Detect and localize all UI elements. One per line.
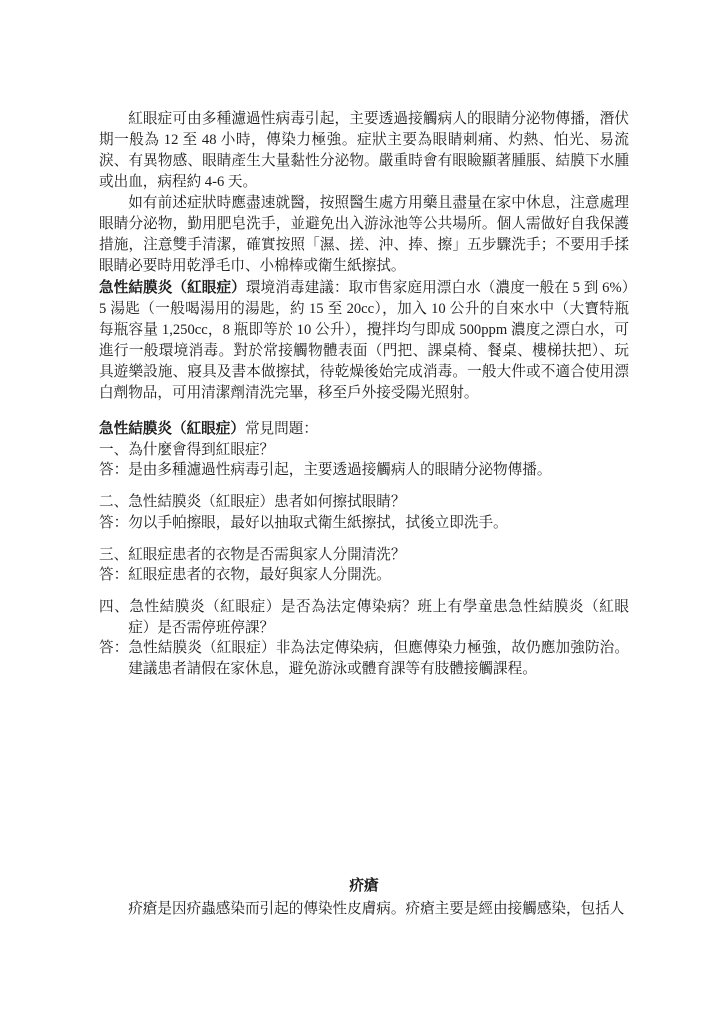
faq-question: 一、為什麼會得到紅眼症？ bbox=[99, 440, 629, 461]
scabies-title: 疥瘡 bbox=[99, 876, 629, 897]
faq-answer: 答：是由多種濾過性病毒引起，主要透過接觸病人的眼睛分泌物傳播。 bbox=[99, 460, 629, 481]
faq-header-bold: 急性結膜炎（紅眼症） bbox=[99, 421, 245, 437]
faq-header-rest: 常見問題： bbox=[245, 421, 318, 437]
faq-question: 三、紅眼症患者的衣物是否需與家人分開清洗？ bbox=[99, 545, 629, 566]
faq-question: 二、急性結膜炎（紅眼症）患者如何擦拭眼睛？ bbox=[99, 492, 629, 513]
faq-answer: 答：紅眼症患者的衣物，最好與家人分開洗。 bbox=[99, 565, 629, 586]
faq-answer: 答：急性結膜炎（紅眼症）非為法定傳染病，但應傳染力極強，故仍應加強防治。建議患者… bbox=[99, 638, 629, 679]
disinfection-bold-lead: 急性結膜炎（紅眼症） bbox=[99, 280, 246, 296]
faq-item: 四、急性結膜炎（紅眼症）是否為法定傳染病？班上有學童患急性結膜炎（紅眼症）是否需… bbox=[99, 597, 629, 679]
disinfection-paragraph: 急性結膜炎（紅眼症）環境消毒建議：取市售家庭用漂白水（濃度一般在 5 到 6%）… bbox=[99, 278, 629, 404]
disinfection-section: 急性結膜炎（紅眼症）環境消毒建議：取市售家庭用漂白水（濃度一般在 5 到 6%）… bbox=[99, 278, 629, 404]
faq-header: 急性結膜炎（紅眼症）常見問題： bbox=[99, 419, 629, 440]
pinkeye-intro-paragraph: 紅眼症可由多種濾過性病毒引起，主要透過接觸病人的眼睛分泌物傳播，潛伏期一般為 1… bbox=[99, 109, 629, 193]
faq-question: 四、急性結膜炎（紅眼症）是否為法定傳染病？班上有學童患急性結膜炎（紅眼症）是否需… bbox=[99, 597, 629, 638]
pinkeye-treatment-paragraph: 如有前述症狀時應盡速就醫，按照醫生處方用藥且盡量在家中休息，注意處理眼睛分泌物，… bbox=[99, 193, 629, 277]
scabies-intro-paragraph: 疥瘡是因疥蟲感染而引起的傳染性皮膚病。疥瘡主要是經由接觸感染，包括人 bbox=[99, 899, 629, 920]
faq-item: 二、急性結膜炎（紅眼症）患者如何擦拭眼睛？ 答：勿以手帕擦眼，最好以抽取式衛生紙… bbox=[99, 492, 629, 533]
faq-section: 急性結膜炎（紅眼症）常見問題： 一、為什麼會得到紅眼症？ 答：是由多種濾過性病毒… bbox=[99, 419, 629, 679]
pinkeye-intro-section: 紅眼症可由多種濾過性病毒引起，主要透過接觸病人的眼睛分泌物傳播，潛伏期一般為 1… bbox=[99, 109, 629, 277]
faq-item: 一、為什麼會得到紅眼症？ 答：是由多種濾過性病毒引起，主要透過接觸病人的眼睛分泌… bbox=[99, 440, 629, 481]
faq-item: 三、紅眼症患者的衣物是否需與家人分開清洗？ 答：紅眼症患者的衣物，最好與家人分開… bbox=[99, 545, 629, 586]
faq-answer: 答：勿以手帕擦眼，最好以抽取式衛生紙擦拭，拭後立即洗手。 bbox=[99, 513, 629, 534]
scabies-section: 疥瘡 疥瘡是因疥蟲感染而引起的傳染性皮膚病。疥瘡主要是經由接觸感染，包括人 bbox=[99, 876, 629, 920]
disinfection-body-text: 環境消毒建議：取市售家庭用漂白水（濃度一般在 5 到 6%）5 湯匙（一般喝湯用… bbox=[99, 280, 629, 401]
